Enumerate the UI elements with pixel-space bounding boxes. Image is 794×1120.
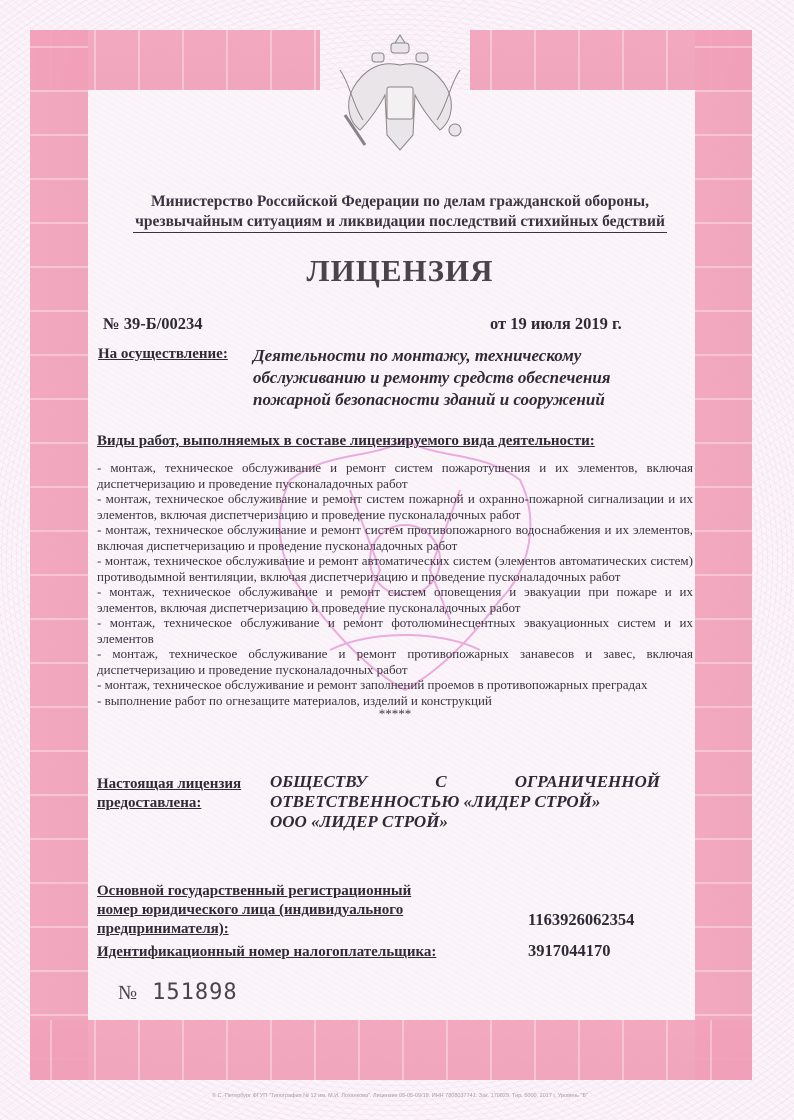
holder-label-line: предоставлена:	[97, 794, 241, 813]
issuing-authority: Министерство Российской Федерации по дел…	[100, 192, 700, 233]
ogrn-value: 1163926062354	[528, 910, 634, 930]
ogrn-label-line: Основной государственный регистрационный	[97, 882, 411, 901]
works-label: Виды работ, выполняемых в составе лиценз…	[97, 433, 595, 450]
holder-word: С	[435, 772, 446, 792]
work-item: - монтаж, техническое обслуживание и рем…	[97, 615, 693, 646]
inn-value: 3917044170	[528, 941, 611, 961]
ministry-line-2: чрезвычайным ситуациям и ликвидации посл…	[133, 212, 667, 233]
ministry-line-1: Министерство Российской Федерации по дел…	[100, 192, 700, 212]
ogrn-label: Основной государственный регистрационный…	[97, 882, 411, 939]
purpose-line: обслуживанию и ремонту средств обеспечен…	[253, 367, 673, 389]
holder-word: ОГРАНИЧЕННОЙ	[515, 772, 660, 792]
work-item: - монтаж, техническое обслуживание и рем…	[97, 646, 693, 677]
work-item: - монтаж, техническое обслуживание и рем…	[97, 553, 693, 584]
holder-word: ОБЩЕСТВУ	[270, 772, 367, 792]
ogrn-label-line: предпринимателя):	[97, 920, 411, 939]
work-item: - монтаж, техническое обслуживание и рем…	[97, 677, 693, 693]
ogrn-label-line: номер юридического лица (индивидуального	[97, 901, 411, 920]
inn-label: Идентификационный номер налогоплательщик…	[97, 944, 436, 961]
purpose-line: Деятельности по монтажу, техническому	[253, 345, 673, 367]
work-item: - монтаж, техническое обслуживание и рем…	[97, 491, 693, 522]
issue-date: от 19 июля 2019 г.	[490, 314, 622, 334]
serial-value: 151898	[152, 980, 237, 1005]
holder-line-1: ОБЩЕСТВУ С ОГРАНИЧЕННОЙ	[270, 772, 660, 792]
purpose-text: Деятельности по монтажу, техническому об…	[253, 345, 673, 411]
holder-line-3: ООО «ЛИДЕР СТРОЙ»	[270, 812, 660, 832]
document-title: ЛИЦЕНЗИЯ	[100, 253, 700, 289]
license-holder: ОБЩЕСТВУ С ОГРАНИЧЕННОЙ ОТВЕТСТВЕННОСТЬЮ…	[270, 772, 660, 832]
printer-imprint: © С.-Петербург ФГУП "Типография № 12 им.…	[150, 1093, 650, 1099]
border-band-left	[30, 30, 88, 1080]
blank-serial-number: №151898	[118, 980, 238, 1005]
work-item: - монтаж, техническое обслуживание и рем…	[97, 584, 693, 615]
holder-line-2: ОТВЕТСТВЕННОСТЬЮ «ЛИДЕР СТРОЙ»	[270, 792, 660, 812]
holder-label-line: Настоящая лицензия	[97, 775, 241, 794]
work-item: - монтаж, техническое обслуживание и рем…	[97, 460, 693, 491]
works-list: - монтаж, техническое обслуживание и рем…	[97, 460, 693, 708]
purpose-label: На осуществление:	[98, 346, 228, 363]
work-item: - монтаж, техническое обслуживание и рем…	[97, 522, 693, 553]
border-band-right	[695, 30, 752, 1080]
separator: *****	[97, 706, 693, 722]
license-number: № 39-Б/00234	[103, 314, 202, 334]
purpose-line: пожарной безопасности зданий и сооружени…	[253, 389, 673, 411]
coat-of-arms-icon	[325, 25, 475, 160]
holder-label: Настоящая лицензия предоставлена:	[97, 775, 241, 813]
serial-prefix: №	[118, 982, 138, 1004]
border-band-bottom	[30, 1020, 752, 1080]
